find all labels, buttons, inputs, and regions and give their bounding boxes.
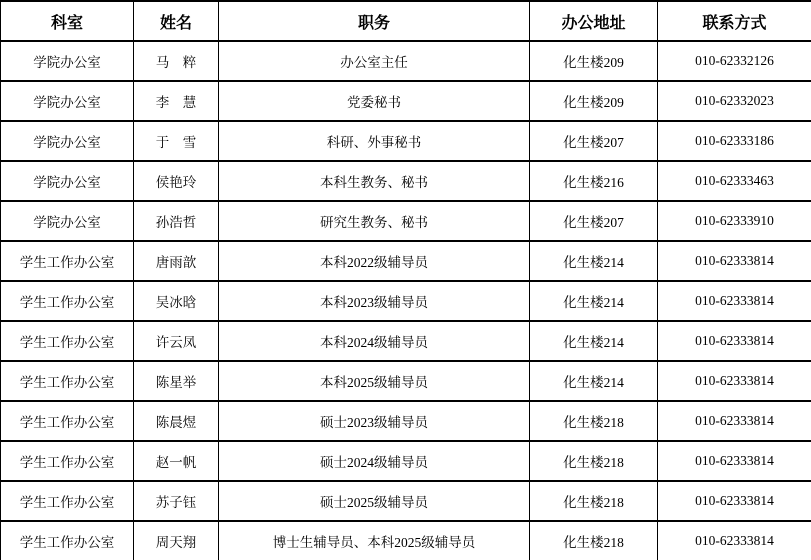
cell-address: 化生楼218 [530, 441, 658, 481]
cell-department: 学生工作办公室 [1, 241, 134, 281]
cell-name: 侯艳玲 [134, 161, 219, 201]
cell-phone: 010-62333814 [658, 321, 811, 361]
cell-department: 学院办公室 [1, 81, 134, 121]
table-row: 学生工作办公室 唐雨歆 本科2022级辅导员 化生楼214 010-623338… [1, 241, 811, 281]
cell-phone: 010-62332126 [658, 41, 811, 81]
cell-phone: 010-62333814 [658, 441, 811, 481]
cell-position: 硕士2025级辅导员 [219, 481, 530, 521]
table-header-row: 科室 姓名 职务 办公地址 联系方式 [1, 1, 811, 41]
cell-department: 学生工作办公室 [1, 441, 134, 481]
cell-department: 学生工作办公室 [1, 481, 134, 521]
table-row: 学生工作办公室 苏子钰 硕士2025级辅导员 化生楼218 010-623338… [1, 481, 811, 521]
table-row: 学院办公室 于 雪 科研、外事秘书 化生楼207 010-62333186 [1, 121, 811, 161]
cell-department: 学院办公室 [1, 161, 134, 201]
cell-department: 学生工作办公室 [1, 521, 134, 560]
cell-address: 化生楼218 [530, 401, 658, 441]
cell-name: 陈晨煜 [134, 401, 219, 441]
table-row: 学院办公室 孙浩哲 研究生教务、秘书 化生楼207 010-62333910 [1, 201, 811, 241]
table-row: 学生工作办公室 陈晨煜 硕士2023级辅导员 化生楼218 010-623338… [1, 401, 811, 441]
cell-position: 党委秘书 [219, 81, 530, 121]
cell-name: 李 慧 [134, 81, 219, 121]
cell-position: 科研、外事秘书 [219, 121, 530, 161]
cell-department: 学院办公室 [1, 121, 134, 161]
cell-address: 化生楼216 [530, 161, 658, 201]
table-row: 学生工作办公室 吴冰晗 本科2023级辅导员 化生楼214 010-623338… [1, 281, 811, 321]
cell-address: 化生楼209 [530, 81, 658, 121]
cell-position: 本科2022级辅导员 [219, 241, 530, 281]
cell-name: 周天翔 [134, 521, 219, 560]
table-row: 学生工作办公室 许云凤 本科2024级辅导员 化生楼214 010-623338… [1, 321, 811, 361]
cell-phone: 010-62333814 [658, 481, 811, 521]
cell-phone: 010-62333814 [658, 281, 811, 321]
cell-position: 博士生辅导员、本科2025级辅导员 [219, 521, 530, 560]
cell-phone: 010-62333814 [658, 401, 811, 441]
cell-address: 化生楼214 [530, 241, 658, 281]
table-row: 学院办公室 侯艳玲 本科生教务、秘书 化生楼216 010-62333463 [1, 161, 811, 201]
header-cell-position: 职务 [219, 1, 530, 41]
cell-position: 办公室主任 [219, 41, 530, 81]
cell-phone: 010-62333814 [658, 361, 811, 401]
cell-department: 学院办公室 [1, 41, 134, 81]
cell-address: 化生楼214 [530, 361, 658, 401]
cell-name: 吴冰晗 [134, 281, 219, 321]
cell-name: 唐雨歆 [134, 241, 219, 281]
cell-address: 化生楼218 [530, 521, 658, 560]
cell-address: 化生楼214 [530, 321, 658, 361]
table-row: 学生工作办公室 周天翔 博士生辅导员、本科2025级辅导员 化生楼218 010… [1, 521, 811, 560]
cell-name: 苏子钰 [134, 481, 219, 521]
cell-name: 孙浩哲 [134, 201, 219, 241]
cell-phone: 010-62333910 [658, 201, 811, 241]
cell-name: 陈星举 [134, 361, 219, 401]
staff-directory-table: 科室 姓名 职务 办公地址 联系方式 学院办公室 马 粹 办公室主任 化生楼20… [0, 0, 811, 560]
header-cell-address: 办公地址 [530, 1, 658, 41]
cell-position: 硕士2024级辅导员 [219, 441, 530, 481]
cell-position: 本科2024级辅导员 [219, 321, 530, 361]
cell-phone: 010-62332023 [658, 81, 811, 121]
cell-address: 化生楼207 [530, 201, 658, 241]
cell-name: 赵一帆 [134, 441, 219, 481]
cell-address: 化生楼218 [530, 481, 658, 521]
cell-address: 化生楼214 [530, 281, 658, 321]
cell-phone: 010-62333814 [658, 521, 811, 560]
cell-department: 学生工作办公室 [1, 361, 134, 401]
header-cell-phone: 联系方式 [658, 1, 811, 41]
cell-position: 研究生教务、秘书 [219, 201, 530, 241]
cell-department: 学院办公室 [1, 201, 134, 241]
table-row: 学院办公室 马 粹 办公室主任 化生楼209 010-62332126 [1, 41, 811, 81]
cell-name: 于 雪 [134, 121, 219, 161]
cell-department: 学生工作办公室 [1, 321, 134, 361]
cell-department: 学生工作办公室 [1, 401, 134, 441]
cell-phone: 010-62333814 [658, 241, 811, 281]
cell-name: 马 粹 [134, 41, 219, 81]
cell-department: 学生工作办公室 [1, 281, 134, 321]
cell-address: 化生楼207 [530, 121, 658, 161]
cell-phone: 010-62333463 [658, 161, 811, 201]
cell-phone: 010-62333186 [658, 121, 811, 161]
cell-address: 化生楼209 [530, 41, 658, 81]
cell-name: 许云凤 [134, 321, 219, 361]
table-row: 学生工作办公室 赵一帆 硕士2024级辅导员 化生楼218 010-623338… [1, 441, 811, 481]
cell-position: 本科生教务、秘书 [219, 161, 530, 201]
header-cell-name: 姓名 [134, 1, 219, 41]
table-row: 学院办公室 李 慧 党委秘书 化生楼209 010-62332023 [1, 81, 811, 121]
cell-position: 硕士2023级辅导员 [219, 401, 530, 441]
header-cell-department: 科室 [1, 1, 134, 41]
cell-position: 本科2023级辅导员 [219, 281, 530, 321]
cell-position: 本科2025级辅导员 [219, 361, 530, 401]
table-row: 学生工作办公室 陈星举 本科2025级辅导员 化生楼214 010-623338… [1, 361, 811, 401]
